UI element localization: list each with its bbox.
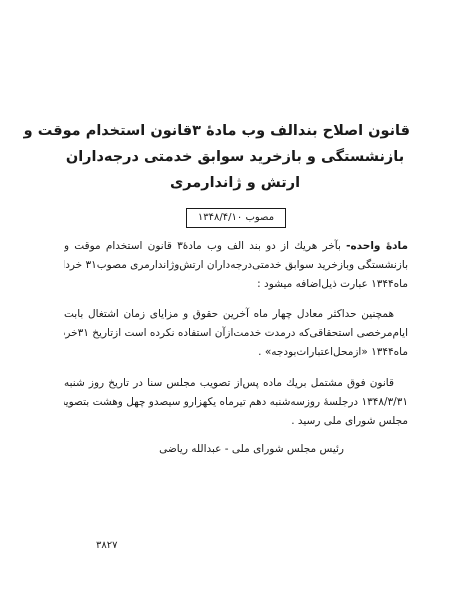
paragraph-1-line-2: بازنشستگی وبازخرید سوابق خدمتی‌درجه‌دارا… bbox=[64, 256, 408, 275]
paragraph-1-line-3: ماه۱۳۴۴ عبارت ذیل‌اضافه میشود : bbox=[64, 275, 408, 294]
page-number: ۳۸۲۷ bbox=[96, 540, 117, 551]
paragraph-2-line-1: همچنین حداکثر معادل چهار ماه آخرین حقوق … bbox=[64, 305, 408, 324]
paragraph-2: همچنین حداکثر معادل چهار ماه آخرین حقوق … bbox=[64, 305, 408, 362]
signature-line: رئیس مجلس شورای ملی - عبدالله ریاضی bbox=[64, 440, 344, 459]
document-page: قانون اصلاح بندالف وب مادهٔ ۳قانون استخد… bbox=[0, 0, 455, 600]
paragraph-1-line-1: بآخر هریك از دو بند الف وب مادهٔ۳ قانون … bbox=[64, 240, 341, 252]
paragraph-3-line-3: مجلس شورای ملی رسید . bbox=[64, 412, 408, 431]
paragraph-2-line-3: ماه۱۳۴۴ «ازمحل‌اعتبارات‌بودجه» . bbox=[64, 343, 408, 362]
approval-date-box: مصوب ۱۳۴۸/۴/۱۰ bbox=[186, 208, 286, 227]
paragraph-3-line-2: ۱۳۴۸/۳/۳۱ درجلسهٔ روزسه‌شنبه دهم تیرماه … bbox=[64, 393, 408, 412]
paragraph-3-line-1: قانون فوق مشتمل بریك ماده پس‌از تصویب مج… bbox=[64, 374, 408, 393]
title-line-3: ارتش و ژاندارمری bbox=[60, 170, 410, 196]
article-heading: مادهٔ واحده- bbox=[346, 240, 408, 252]
law-title: قانون اصلاح بندالف وب مادهٔ ۳قانون استخد… bbox=[60, 118, 410, 196]
paragraph-2-line-2: ایام‌مرخصی استحقاقی‌که درمدت خدمت‌ازآن ا… bbox=[64, 324, 408, 343]
title-line-2: بازنشستگی و بازخرید سوابق خدمتی درجه‌دار… bbox=[60, 144, 410, 170]
paragraph-1: مادهٔ واحده- بآخر هریك از دو بند الف وب … bbox=[64, 237, 408, 294]
approval-underline bbox=[186, 227, 286, 228]
title-line-1: قانون اصلاح بندالف وب مادهٔ ۳قانون استخد… bbox=[60, 118, 410, 144]
paragraph-3: قانون فوق مشتمل بریك ماده پس‌از تصویب مج… bbox=[64, 374, 408, 431]
